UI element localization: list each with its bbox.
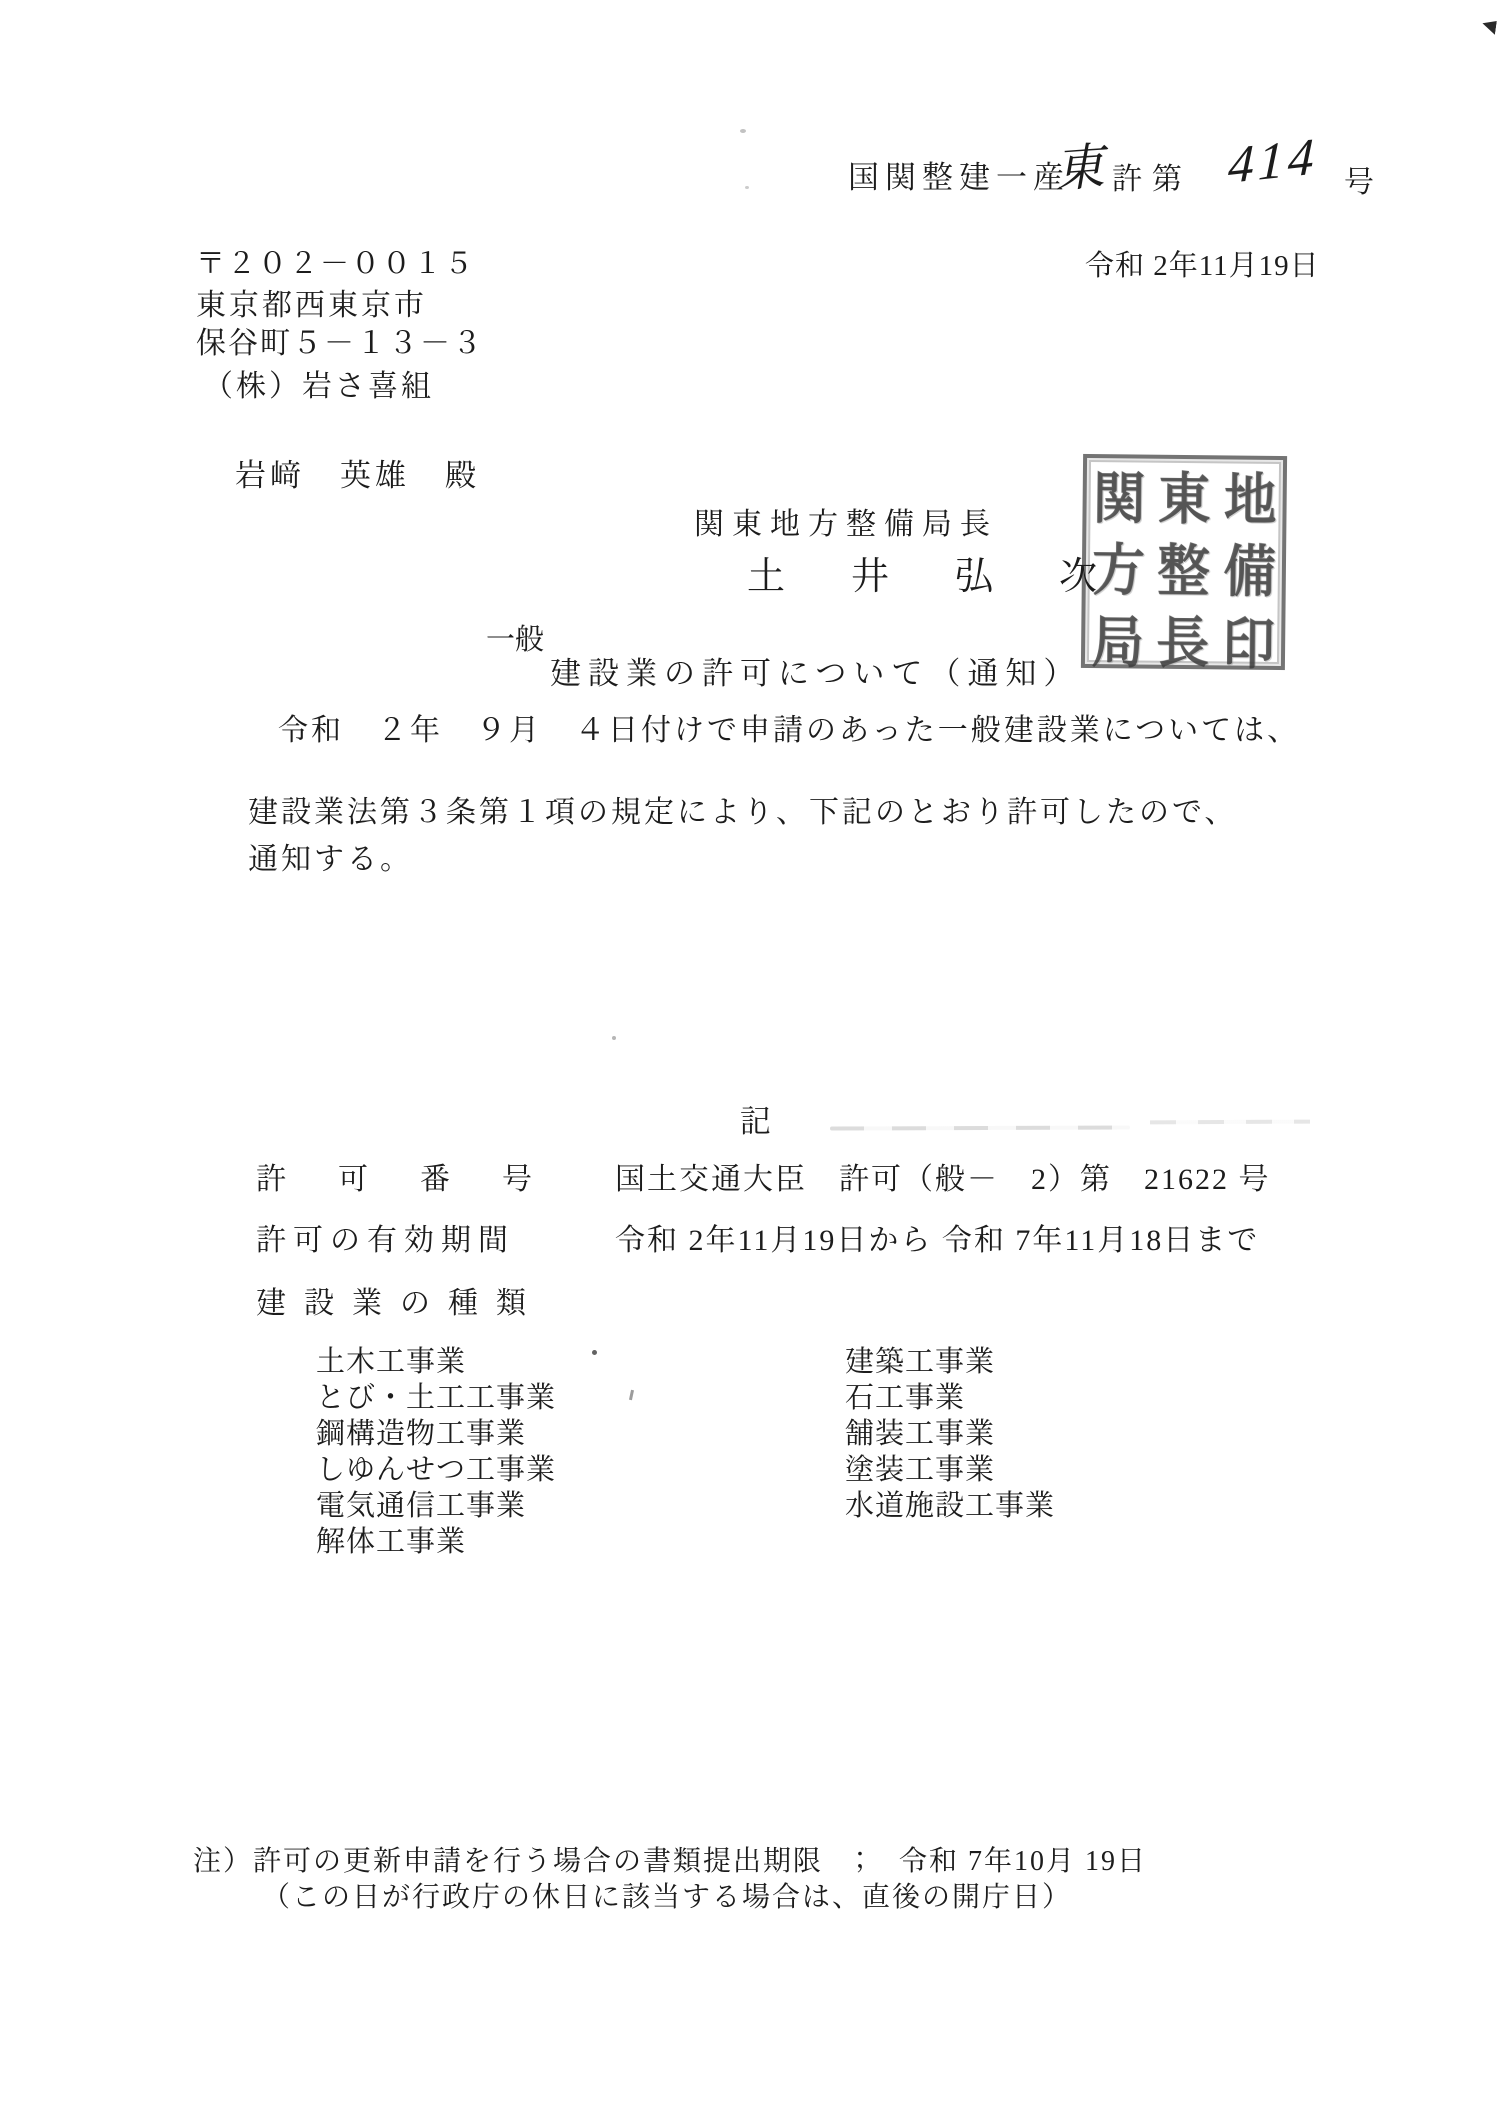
business-types-label: 建設業の種類 <box>256 1287 544 1322</box>
note-prefix: 注） <box>193 1846 253 1878</box>
seal-char: 整 <box>1149 526 1218 607</box>
seal-char: 東 <box>1150 454 1219 535</box>
business-type-item: 塗装工事業 <box>845 1452 1055 1488</box>
document-page: 国関整建一産 東 許第 414 号 令和 2年11月19日 〒２０２－００１５ … <box>0 0 1500 2121</box>
permit-ref-middle: 許第 <box>1112 163 1192 198</box>
record-section-marker: 記 <box>740 1104 771 1140</box>
seal-char: 備 <box>1215 527 1284 608</box>
business-type-item: 解体工事業 <box>316 1524 556 1560</box>
seal-char: 長 <box>1148 598 1217 679</box>
issuer-name: 土 井 弘 次 <box>747 556 1111 600</box>
permit-ref-suffix: 号 <box>1344 166 1374 201</box>
recipient-company-name: （株）岩さ喜組 <box>203 370 434 405</box>
note-line-2: （この日が行政庁の休日に該当する場合は、直後の開庁日） <box>262 1882 1072 1914</box>
scan-corner-mark-artifact <box>1481 19 1497 35</box>
business-type-item: 水道施設工事業 <box>845 1488 1055 1524</box>
business-type-item: しゆんせつ工事業 <box>316 1452 556 1488</box>
recipient-person-name: 岩﨑 英雄 殿 <box>235 458 480 494</box>
recipient-address-street: 保谷町５－１３－３ <box>196 327 484 362</box>
document-title: 建設業の許可について（通知） <box>550 656 1081 692</box>
seal-char: 地 <box>1215 455 1284 536</box>
business-type-item: 建築工事業 <box>845 1344 1055 1380</box>
business-types-left-column: 土木工事業 とび・土工工事業 鋼構造物工事業 しゆんせつ工事業 電気通信工事業 … <box>316 1344 556 1560</box>
business-type-item: 鋼構造物工事業 <box>316 1416 556 1452</box>
body-line-2: 建設業法第３条第１項の規定により、下記のとおり許可したので、 <box>248 796 1237 831</box>
validity-period-label: 許可の有効期間 <box>256 1224 515 1259</box>
scan-speck-artifact <box>745 186 749 189</box>
permit-number-label: 許可番号 <box>256 1163 584 1198</box>
permit-ref-prefix: 国関整建一産 <box>848 160 1070 196</box>
business-types-right-column: 建築工事業 石工事業 舗装工事業 塗装工事業 水道施設工事業 <box>845 1344 1055 1524</box>
business-type-item: 土木工事業 <box>316 1344 556 1380</box>
scan-speck-artifact <box>740 129 746 133</box>
permit-ref-number-handwritten: 414 <box>1227 127 1319 197</box>
permit-ref-handwritten-char: 東 <box>1052 138 1106 199</box>
scan-smear-artifact <box>1150 1120 1310 1125</box>
body-line-1: 令和 ２年 ９月 ４日付けで申請のあった一般建設業については、 <box>278 714 1300 749</box>
scan-speck-artifact <box>612 1036 616 1040</box>
permit-type-qualifier: 一般 <box>486 624 544 657</box>
seal-char: 局 <box>1083 598 1152 679</box>
seal-char: 関 <box>1085 454 1154 535</box>
issue-date: 令和 2年11月19日 <box>1085 250 1320 283</box>
official-seal-stamp: 関 東 地 方 整 備 局 長 印 <box>1081 454 1287 670</box>
permit-number-value: 国土交通大臣 許可（般－ 2）第 21622 号 <box>615 1163 1271 1198</box>
business-type-item: とび・土工工事業 <box>316 1380 556 1416</box>
note-line-1: 許可の更新申請を行う場合の書類提出期限 ； 令和 7年10月 19日 <box>253 1846 1147 1878</box>
body-line-3: 通知する。 <box>248 843 413 878</box>
business-type-item: 電気通信工事業 <box>316 1488 556 1524</box>
scan-speck-artifact <box>629 1390 634 1400</box>
business-type-item: 舗装工事業 <box>845 1416 1055 1452</box>
scan-speck-artifact <box>592 1350 597 1355</box>
validity-period-value: 令和 2年11月19日から 令和 7年11月18日まで <box>615 1224 1259 1259</box>
business-type-item: 石工事業 <box>845 1380 1055 1416</box>
issuer-title: 関東地方整備局長 <box>694 508 998 543</box>
recipient-address-city: 東京都西東京市 <box>196 289 427 324</box>
seal-char: 印 <box>1214 599 1283 680</box>
recipient-postal-code: 〒２０２－００１５ <box>196 248 475 281</box>
scan-smear-artifact <box>830 1125 1130 1130</box>
